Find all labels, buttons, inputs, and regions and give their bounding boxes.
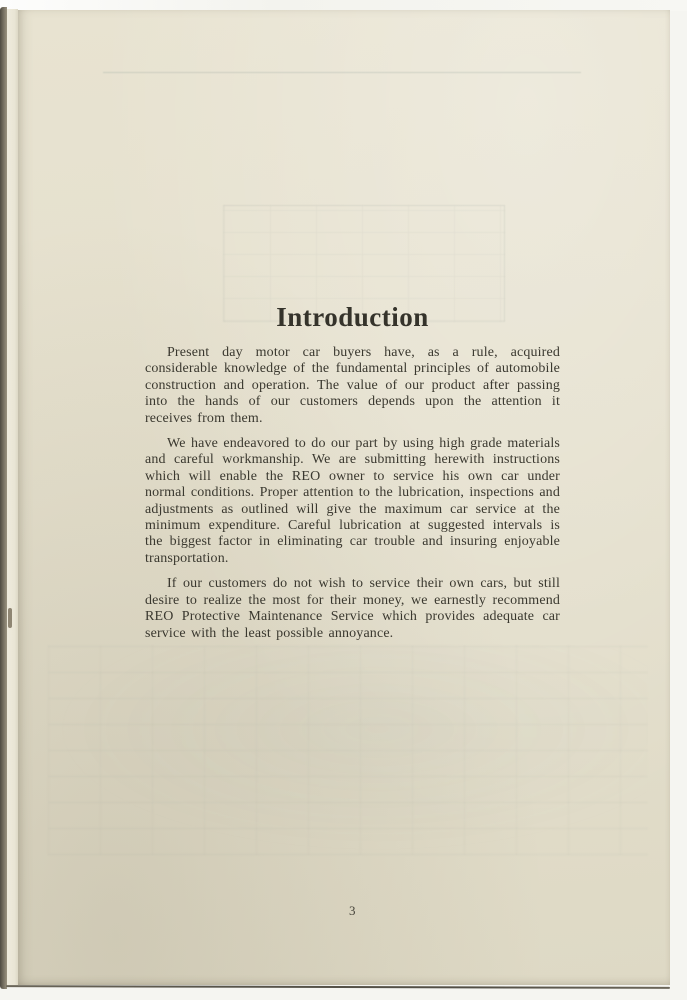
scanned-page-photo: Introduction Present day motor car buyer… bbox=[0, 0, 687, 1000]
booklet-spine-edge bbox=[0, 7, 7, 989]
paragraph-3: If our customers do not wish to service … bbox=[145, 576, 560, 642]
paragraph-2: We have endeavored to do our part by usi… bbox=[145, 436, 560, 567]
staple bbox=[8, 608, 12, 628]
page-bottom-edge bbox=[6, 985, 670, 989]
page-number: 3 bbox=[145, 903, 560, 919]
paragraph-1: Present day motor car buyers have, as a … bbox=[145, 345, 560, 427]
under-page-edge bbox=[7, 9, 18, 987]
page-content: Introduction Present day motor car buyer… bbox=[145, 302, 560, 651]
show-through-rule bbox=[103, 72, 581, 73]
page-title: Introduction bbox=[145, 302, 560, 333]
book-page: Introduction Present day motor car buyer… bbox=[18, 10, 670, 985]
show-through-diagram-lower bbox=[48, 645, 648, 855]
